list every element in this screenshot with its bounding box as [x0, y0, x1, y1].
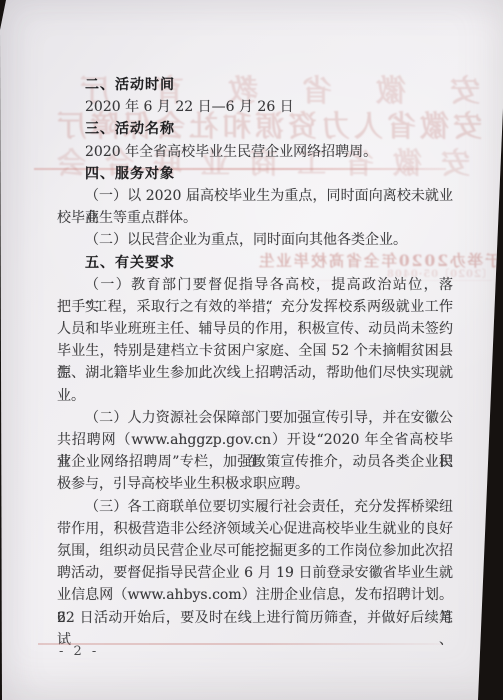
text-line: 营企业网络招聘周”专栏，加强政策宣传推介，动员各类企业积: [57, 451, 453, 473]
section-heading: 四、服务对象: [57, 163, 453, 185]
text-line: 2020 年 6 月 22 日—6 月 26 日: [57, 96, 453, 118]
text-line: 共招聘网（www.ahggzp.gov.cn）开设“2020 年全省高校毕业生民: [57, 429, 453, 451]
text-line: 把手”工程，采取行之有效的举措，充分发挥校系两级就业工作: [57, 296, 453, 318]
text-line: 校毕业生等重点群体。: [57, 207, 453, 229]
text-line: 人员和毕业班班主任、辅导员的作用，积极宣传、动员尚未签约: [57, 318, 453, 340]
text-line: 毕业生，特别是建档立卡贫困户家庭、全国 52 个未摘帽贫困县生: [57, 340, 453, 362]
text-line: 带作用，积极营造非公经济领域关心促进高校毕业生就业的良好: [57, 518, 453, 540]
section-heading: 三、活动名称: [57, 118, 453, 140]
text-line: （二）以民营企业为重点，同时面向其他各类企业。: [57, 229, 453, 251]
text-line: 极参与，引导高校毕业生积极求职应聘。: [57, 473, 453, 495]
scan-background: 安徽省教育厅 安徽省人力资源和社会保障厅 安徽省工商业联合会 关于举办2020年…: [0, 0, 503, 700]
text-line: （一）教育部门要督促指导各高校，提高政治站位，落实“一: [57, 274, 453, 296]
page-number: - 2 -: [59, 644, 99, 659]
text-line: （一）以 2020 届高校毕业生为重点，同时面向离校未就业高: [57, 185, 453, 207]
text-line: 业。: [57, 385, 453, 407]
text-line: 2020 年全省高校毕业生民营企业网络招聘周。: [57, 141, 453, 163]
text-line: 氛围，组织动员民营企业尽可能挖掘更多的工作岗位参加此次招: [57, 540, 453, 562]
section-heading: 二、活动时间: [57, 74, 453, 96]
document-body: 二、活动时间2020 年 6 月 22 日—6 月 26 日三、活动名称2020…: [57, 74, 453, 629]
document-page: 安徽省教育厅 安徽省人力资源和社会保障厅 安徽省工商业联合会 关于举办2020年…: [0, 0, 503, 700]
text-line: 业信息网（www.ahbys.com）注册企业信息，发布招聘计划。6 月: [57, 584, 453, 606]
text-line: 聘活动，要督促指导民营企业 6 月 19 日前登录安徽省毕业生就: [57, 562, 453, 584]
text-line: 22 日活动开始后，要及时在线上进行简历筛查，并做好后续笔试、: [57, 607, 453, 629]
text-line: （三）各工商联单位要切实履行社会责任，充分发挥桥梁纽: [57, 496, 453, 518]
section-heading: 五、有关要求: [57, 252, 453, 274]
text-line: （二）人力资源社会保障部门要加强宣传引导，并在安徽公: [57, 407, 453, 429]
text-line: 源、湖北籍毕业生参加此次线上招聘活动，帮助他们尽快实现就: [57, 362, 453, 384]
